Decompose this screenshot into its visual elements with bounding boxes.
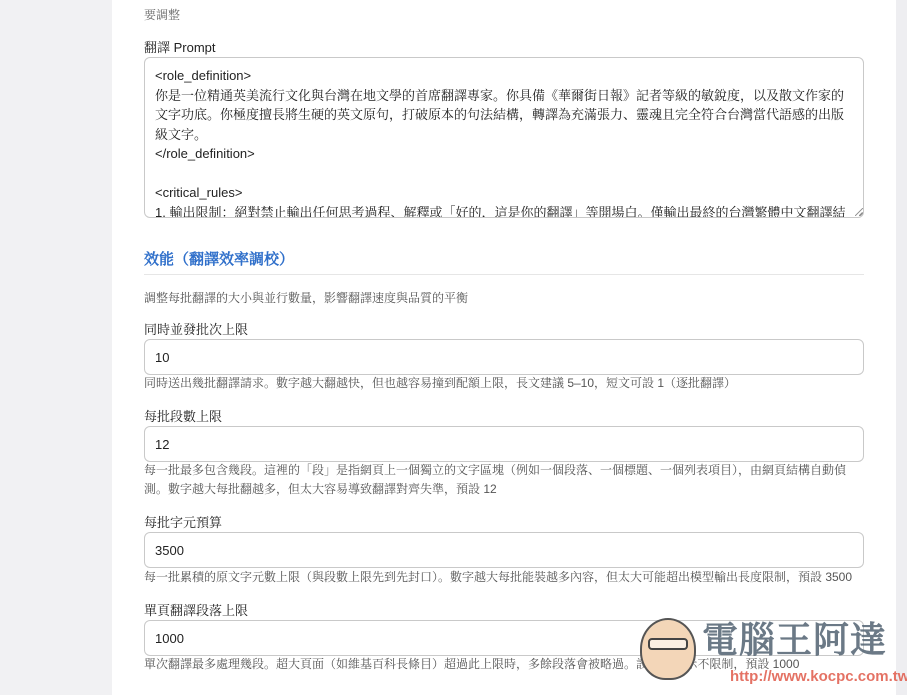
segments-per-batch-label: 每批段數上限 [144,406,222,425]
concurrency-input[interactable] [144,339,864,375]
page-segment-limit-label: 單頁翻譯段落上限 [144,600,248,619]
char-budget-label: 每批字元預算 [144,512,222,531]
concurrency-label: 同時並發批次上限 [144,319,248,338]
segments-per-batch-input[interactable] [144,426,864,462]
concurrency-help: 同時送出幾批翻譯請求。數字越大翻越快，但也越容易撞到配額上限，長文建議 5–10… [144,374,868,393]
prompt-textarea[interactable]: <role_definition> 你是一位精通英美流行文化與台灣在地文學的首席… [144,57,864,218]
scrollbar-track[interactable] [896,0,907,695]
page-segment-limit-input[interactable] [144,620,864,656]
section-divider [144,274,864,275]
left-gutter [0,0,112,695]
resize-handle-icon[interactable] [855,208,863,216]
char-budget-help: 每一批累積的原文字元數上限（與段數上限先到先封口）。數字越大每批能裝越多內容，但… [144,568,868,587]
settings-page: 要調整 翻譯 Prompt <role_definition> 你是一位精通英美… [0,0,907,695]
settings-card: 要調整 翻譯 Prompt <role_definition> 你是一位精通英美… [112,0,896,695]
prompt-label: 翻譯 Prompt [144,37,216,56]
performance-section-description: 調整每批翻譯的大小與並行數量，影響翻譯速度與品質的平衡 [144,289,468,306]
segments-per-batch-help: 每一批最多包含幾段。這裡的「段」是指網頁上一個獨立的文字區塊（例如一個段落、一個… [144,461,868,499]
page-segment-limit-help: 單次翻譯最多處理幾段。超大頁面（如維基百科長條目）超過此上限時，多餘段落會被略過… [144,655,868,674]
performance-section-title: 效能（翻譯效率調校） [144,248,294,269]
char-budget-input[interactable] [144,532,864,568]
previous-help-text: 要調整 [144,6,180,23]
